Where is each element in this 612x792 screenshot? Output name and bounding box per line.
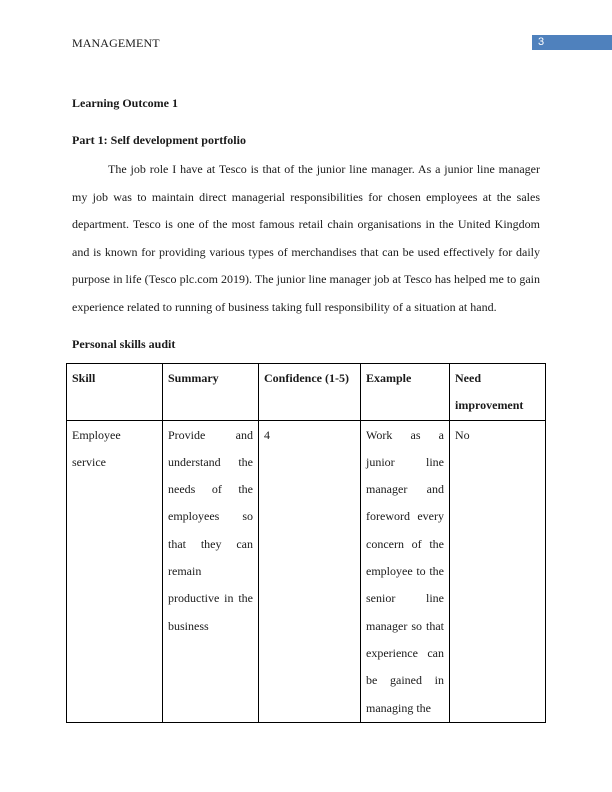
- page-number-badge: 3: [532, 35, 612, 50]
- section-heading: Learning Outcome 1: [72, 96, 178, 111]
- cell-confidence: 4: [259, 420, 361, 722]
- skills-audit-table: Skill Summary Confidence (1-5) Example N…: [66, 363, 546, 723]
- cell-summary: Provide and understand the needs of the …: [163, 420, 259, 722]
- cell-skill: Employee service: [67, 420, 163, 722]
- body-paragraph: The job role I have at Tesco is that of …: [72, 156, 540, 322]
- cell-need-improvement: No: [450, 420, 546, 722]
- column-header-summary: Summary: [163, 364, 259, 421]
- running-header-title: MANAGEMENT: [72, 36, 160, 51]
- table-title: Personal skills audit: [72, 337, 175, 352]
- table-row: Employee service Provide and understand …: [67, 420, 546, 722]
- column-header-need-improvement: Need improvement: [450, 364, 546, 421]
- cell-example: Work as a junior line manager and forewo…: [361, 420, 450, 722]
- table-header-row: Skill Summary Confidence (1-5) Example N…: [67, 364, 546, 421]
- column-header-example: Example: [361, 364, 450, 421]
- section-subheading: Part 1: Self development portfolio: [72, 133, 246, 148]
- column-header-skill: Skill: [67, 364, 163, 421]
- column-header-confidence: Confidence (1-5): [259, 364, 361, 421]
